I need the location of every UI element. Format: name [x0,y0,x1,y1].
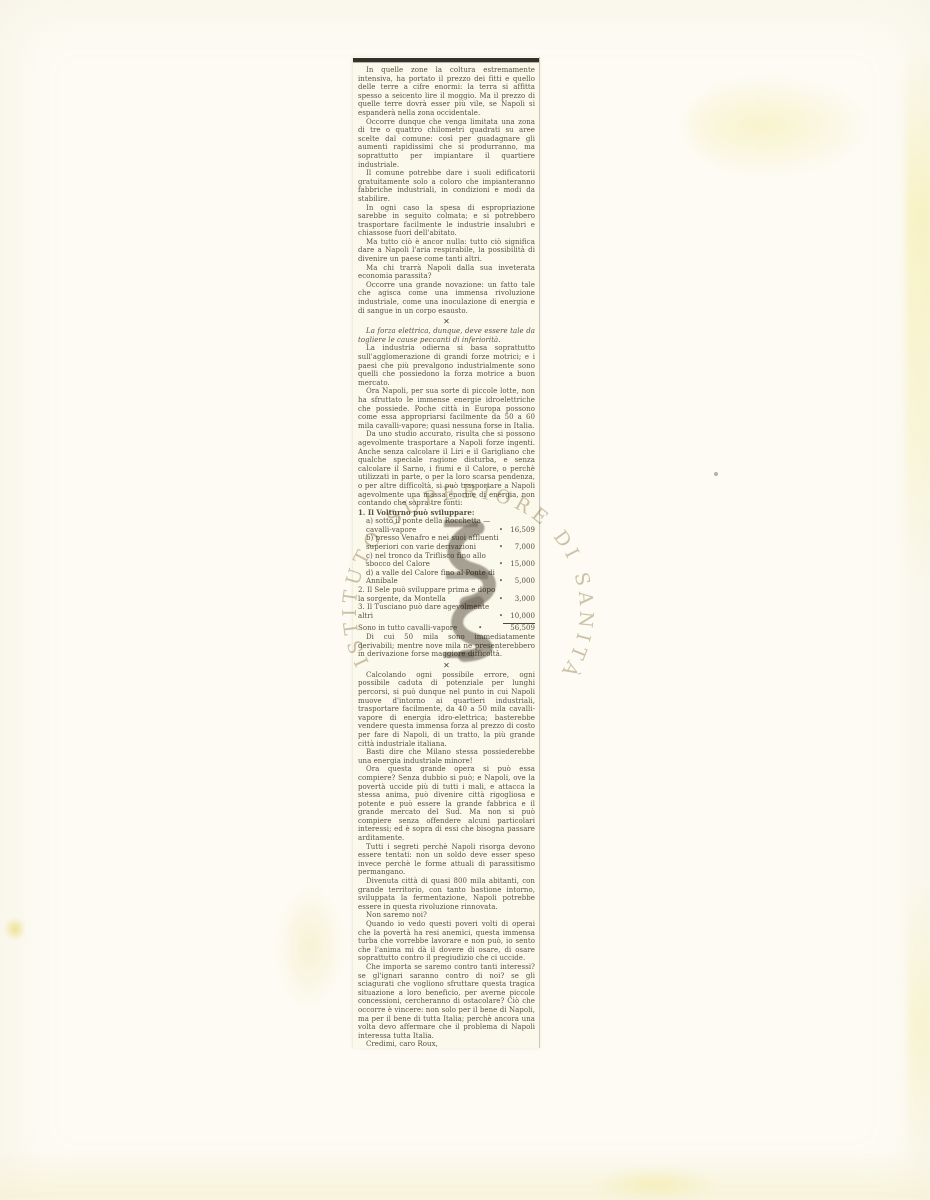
paper-stain [906,50,930,590]
list-heading: 1. Il Volturno può sviluppare: [358,509,535,518]
row-value: 16,509 [503,526,535,535]
row-label: d) a valle del Calore fino al Ponte di A… [366,569,499,586]
paragraph: Divenuta città di quasi 800 mila abitant… [358,877,535,911]
paper-speck [714,472,718,476]
row-label: a) sotto il ponte della Rocchetta — cava… [366,517,499,534]
row-value: 10,000 [503,612,535,621]
clipping-top-rule [353,58,539,62]
row-value: 3,000 [503,595,535,604]
paper-stain [278,888,342,1006]
newspaper-clipping: In quelle zone la coltura estremamente i… [352,57,540,1048]
paragraph: Da uno studio accurato, risulta che si p… [358,430,535,507]
paper-stain [908,880,930,1170]
paragraph: Di cui 50 mila sono immediatamente deriv… [358,633,535,659]
row-value: 15,000 [503,560,535,569]
paragraph: Che importa se saremo contro tanti inter… [358,963,535,1040]
row-label: 2. Il Sele può sviluppare prima e dopo l… [358,586,499,603]
horsepower-list-row: a) sotto il ponte della Rocchetta — cava… [358,517,535,534]
row-value: 7,000 [503,543,535,552]
paragraph: Il comune potrebbe dare i suoli edificat… [358,169,535,203]
horsepower-list-row: c) nel tronco da Triflisco fino allo sbo… [358,552,535,569]
paper-stain [688,76,873,176]
row-label: Sono in tutto cavalli-vapore [358,624,457,633]
row-value: 5,000 [503,577,535,586]
section-separator-mark: ✕ [358,317,535,326]
row-label: b) presso Venafro e nei suoi affluenti s… [366,534,499,551]
horsepower-list-row: 2. Il Sele può sviluppare prima e dopo l… [358,586,535,603]
paragraph: Occorre dunque che venga limitata una zo… [358,118,535,170]
horsepower-list-row: d) a valle del Calore fino al Ponte di A… [358,569,535,586]
paragraph: Quando io vedo questi poveri volti di op… [358,920,535,963]
row-value: 56,509 [503,623,535,633]
paragraph: Ma tutto ciò è ancor nulla: tutto ciò si… [358,238,535,264]
dot-leader: • [457,624,503,633]
paragraph: Ora Napoli, per sua sorte di piccole lot… [358,387,535,430]
paper-stain [0,1152,930,1200]
paragraph: In ogni caso la spesa di espropriazione … [358,204,535,238]
clipping-text-column: In quelle zone la coltura estremamente i… [353,65,539,1048]
row-label: c) nel tronco da Triflisco fino allo sbo… [366,552,499,569]
paragraph: In quelle zone la coltura estremamente i… [358,66,535,118]
paragraph: Credimi, caro Roux, [358,1040,535,1048]
paragraph: Calcolando ogni possibile errore, ogni p… [358,671,535,748]
paragraph: Ma chi trarrà Napoli dalla sua inveterat… [358,264,535,281]
paper-stain [5,918,25,940]
paragraph: Non saremo noi? [358,911,535,920]
paragraph: Occorre una grande novazione: un fatto t… [358,281,535,315]
section-separator-mark: ✕ [358,661,535,670]
paragraph: Basti dire che Milano stessa possiedereb… [358,748,535,765]
paragraph: Tutti i segreti perchè Napoli risorga de… [358,843,535,877]
paper-stain [596,1168,716,1200]
paragraph: La forza elettrica, dunque, deve essere … [358,327,535,344]
row-label: 3. Il Tusciano può dare agevolmente altr… [358,603,499,620]
horsepower-list-row: b) presso Venafro e nei suoi affluenti s… [358,534,535,551]
horsepower-list-row: 3. Il Tusciano può dare agevolmente altr… [358,603,535,620]
horsepower-total-row: Sono in tutto cavalli-vapore•56,509 [358,623,535,633]
scanned-archive-page: In quelle zone la coltura estremamente i… [0,0,930,1200]
paragraph: Ora questa grande opera si può essa comp… [358,765,535,842]
paragraph: La industria odierna si basa soprattutto… [358,344,535,387]
